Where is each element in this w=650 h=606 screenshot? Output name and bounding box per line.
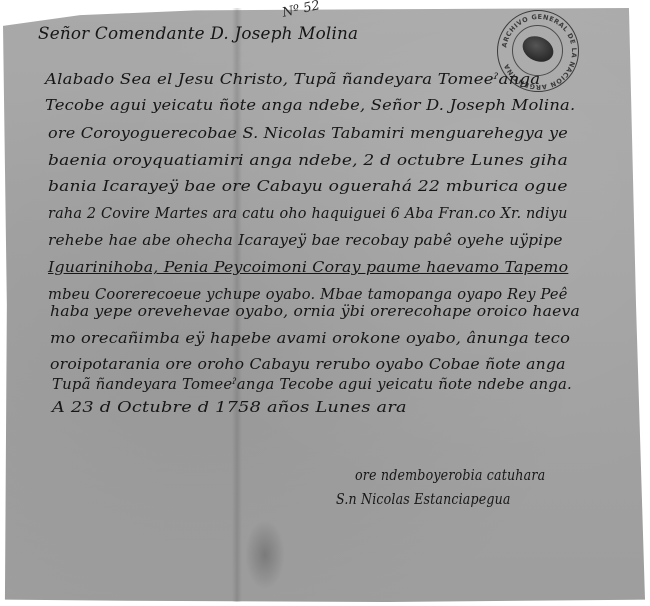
body-line-6: raha 2 Covire Martes ara catu oho haquig…	[48, 204, 568, 222]
paper-stain	[245, 520, 285, 590]
body-line-5: bania Icarayeÿ bae ore Cabayu oguerahá 2…	[48, 177, 568, 195]
body-line-10: haba yepe orevehevae oyabo, ornia ÿbi or…	[50, 302, 580, 320]
date-line: A 23 d Octubre d 1758 años Lunes ara	[52, 398, 407, 416]
salutation: Señor Comendante D. Joseph Molina	[38, 24, 358, 44]
body-line-8: Iguarinihoba, Penia Peycoimoni Coray pau…	[48, 258, 568, 276]
closing-line-1: ore ndemboyerobia catuhara	[355, 466, 545, 484]
body-line-3: ore Coroyoguerecobae S. Nicolas Tabamiri…	[48, 124, 568, 142]
signature: S.n Nicolas Estanciapegua	[336, 490, 511, 508]
body-line-12: oroipotarania ore oroho Cabayu rerubo oy…	[50, 355, 566, 373]
body-line-11: mo orecañimba eÿ hapebe avami orokone oy…	[50, 329, 570, 347]
body-line-2: Tecobe agui yeicatu ñote anga ndebe, Señ…	[45, 96, 575, 114]
body-line-1: Alabado Sea el Jesu Christo, Tupã ñandey…	[45, 70, 540, 88]
body-line-9: mbeu Coorerecoeue ychupe oyabo. Mbae tam…	[48, 285, 568, 303]
scanned-document: Nº 52 ARCHIVO GENERAL DE LA NACIÓN ARGEN…	[0, 0, 650, 606]
body-line-4: baenia oroyquatiamiri anga ndebe, 2 d oc…	[48, 151, 568, 169]
body-line-7: rehebe hae abe ohecha Icarayeÿ bae recob…	[48, 231, 563, 249]
body-line-13: Tupã ñandeyara Tomeeˀanga Tecobe agui ye…	[52, 375, 572, 393]
